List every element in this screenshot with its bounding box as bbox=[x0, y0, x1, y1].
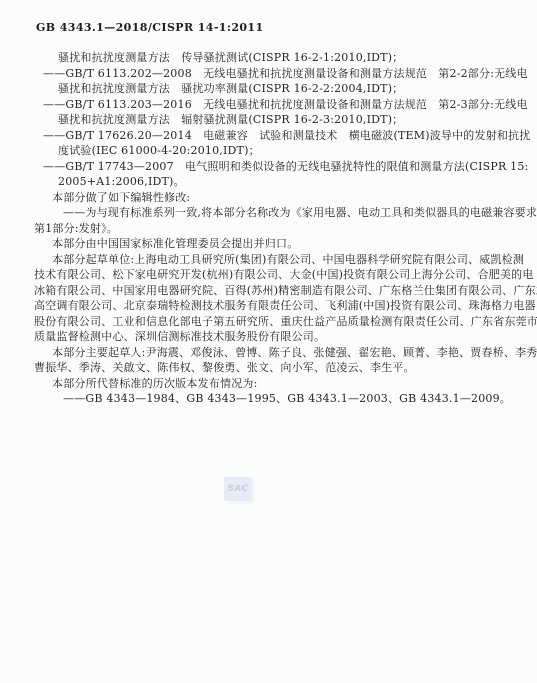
text-line: 度试验(IEC 61000-4-20:2010,IDT)； bbox=[34, 143, 508, 159]
text-line: 曹振华、季涛、关啟文、陈伟权、黎俊勇、张文、向小军、范凌云、李生平。 bbox=[34, 360, 508, 376]
sac-watermark-label: SAC bbox=[227, 484, 248, 494]
text-line: ——为与现有标准系列一致,将本部分名称改为《家用电器、电动工具和类似器具的电磁兼… bbox=[34, 205, 508, 221]
text-line: 第1部分:发射》。 bbox=[34, 221, 508, 237]
text-line: ——GB/T 6113.202—2008 无线电骚扰和抗扰度测量设备和测量方法规… bbox=[34, 66, 508, 82]
text-line: ——GB 4343—1984、GB 4343—1995、GB 4343.1—20… bbox=[34, 391, 508, 407]
text-line: 骚扰和抗扰度测量方法 骚扰功率测量(CISPR 16-2-2:2004,IDT)… bbox=[34, 81, 508, 97]
text-line: ——GB/T 6113.203—2016 无线电骚扰和抗扰度测量设备和测量方法规… bbox=[34, 97, 508, 113]
text-line: ——GB/T 17743—2007 电气照明和类似设备的无线电骚扰特性的限值和测… bbox=[34, 159, 508, 175]
text-line: 骚扰和抗扰度测量方法 辐射骚扰测量(CISPR 16-2-3:2010,IDT)… bbox=[34, 112, 508, 128]
text-line: 本部分做了如下编辑性修改: bbox=[34, 190, 508, 206]
text-line: 冰箱有限公司、中国家用电器研究院、百得(苏州)精密制造有限公司、广东格兰仕集团有… bbox=[34, 283, 508, 299]
text-line: 股份有限公司、工业和信息化部电子第五研究所、重庆仕益产品质量检测有限责任公司、广… bbox=[34, 314, 508, 330]
text-line: ——GB/T 17626.20—2014 电磁兼容 试验和测量技术 横电磁波(T… bbox=[34, 128, 508, 144]
sac-watermark: SAC bbox=[224, 477, 252, 501]
text-line: 高空调有限公司、北京泰瑞特检测技术服务有限责任公司、飞利浦(中国)投资有限公司、… bbox=[34, 298, 508, 314]
standard-number-header: GB 4343.1—2018/CISPR 14-1:2011 bbox=[36, 21, 264, 34]
text-line: 质量监督检测中心、深圳信测标准技术服务股份有限公司。 bbox=[34, 329, 508, 345]
text-line: 本部分主要起草人:尹海震、邓俊泳、曾博、陈子良、张健强、翟宏艳、顾菁、李艳、贾春… bbox=[34, 345, 508, 361]
text-line: 本部分由中国国家标准化管理委员会提出并归口。 bbox=[34, 236, 508, 252]
foreword-text-block: 骚扰和抗扰度测量方法 传导骚扰测试(CISPR 16-2-1:2010,IDT)… bbox=[34, 50, 508, 407]
text-line: 骚扰和抗扰度测量方法 传导骚扰测试(CISPR 16-2-1:2010,IDT)… bbox=[34, 50, 508, 66]
document-page: GB 4343.1—2018/CISPR 14-1:2011 骚扰和抗扰度测量方… bbox=[0, 0, 537, 683]
text-line: 技术有限公司、松下家电研究开发(杭州)有限公司、大金(中国)投资有限公司上海分公… bbox=[34, 267, 508, 283]
text-line: 本部分所代替标准的历次版本发布情况为: bbox=[34, 376, 508, 392]
text-line: 2005+A1:2006,IDT)。 bbox=[34, 174, 508, 190]
text-line: 本部分起草单位:上海电动工具研究所(集团)有限公司、中国电器科学研究院有限公司、… bbox=[34, 252, 508, 268]
